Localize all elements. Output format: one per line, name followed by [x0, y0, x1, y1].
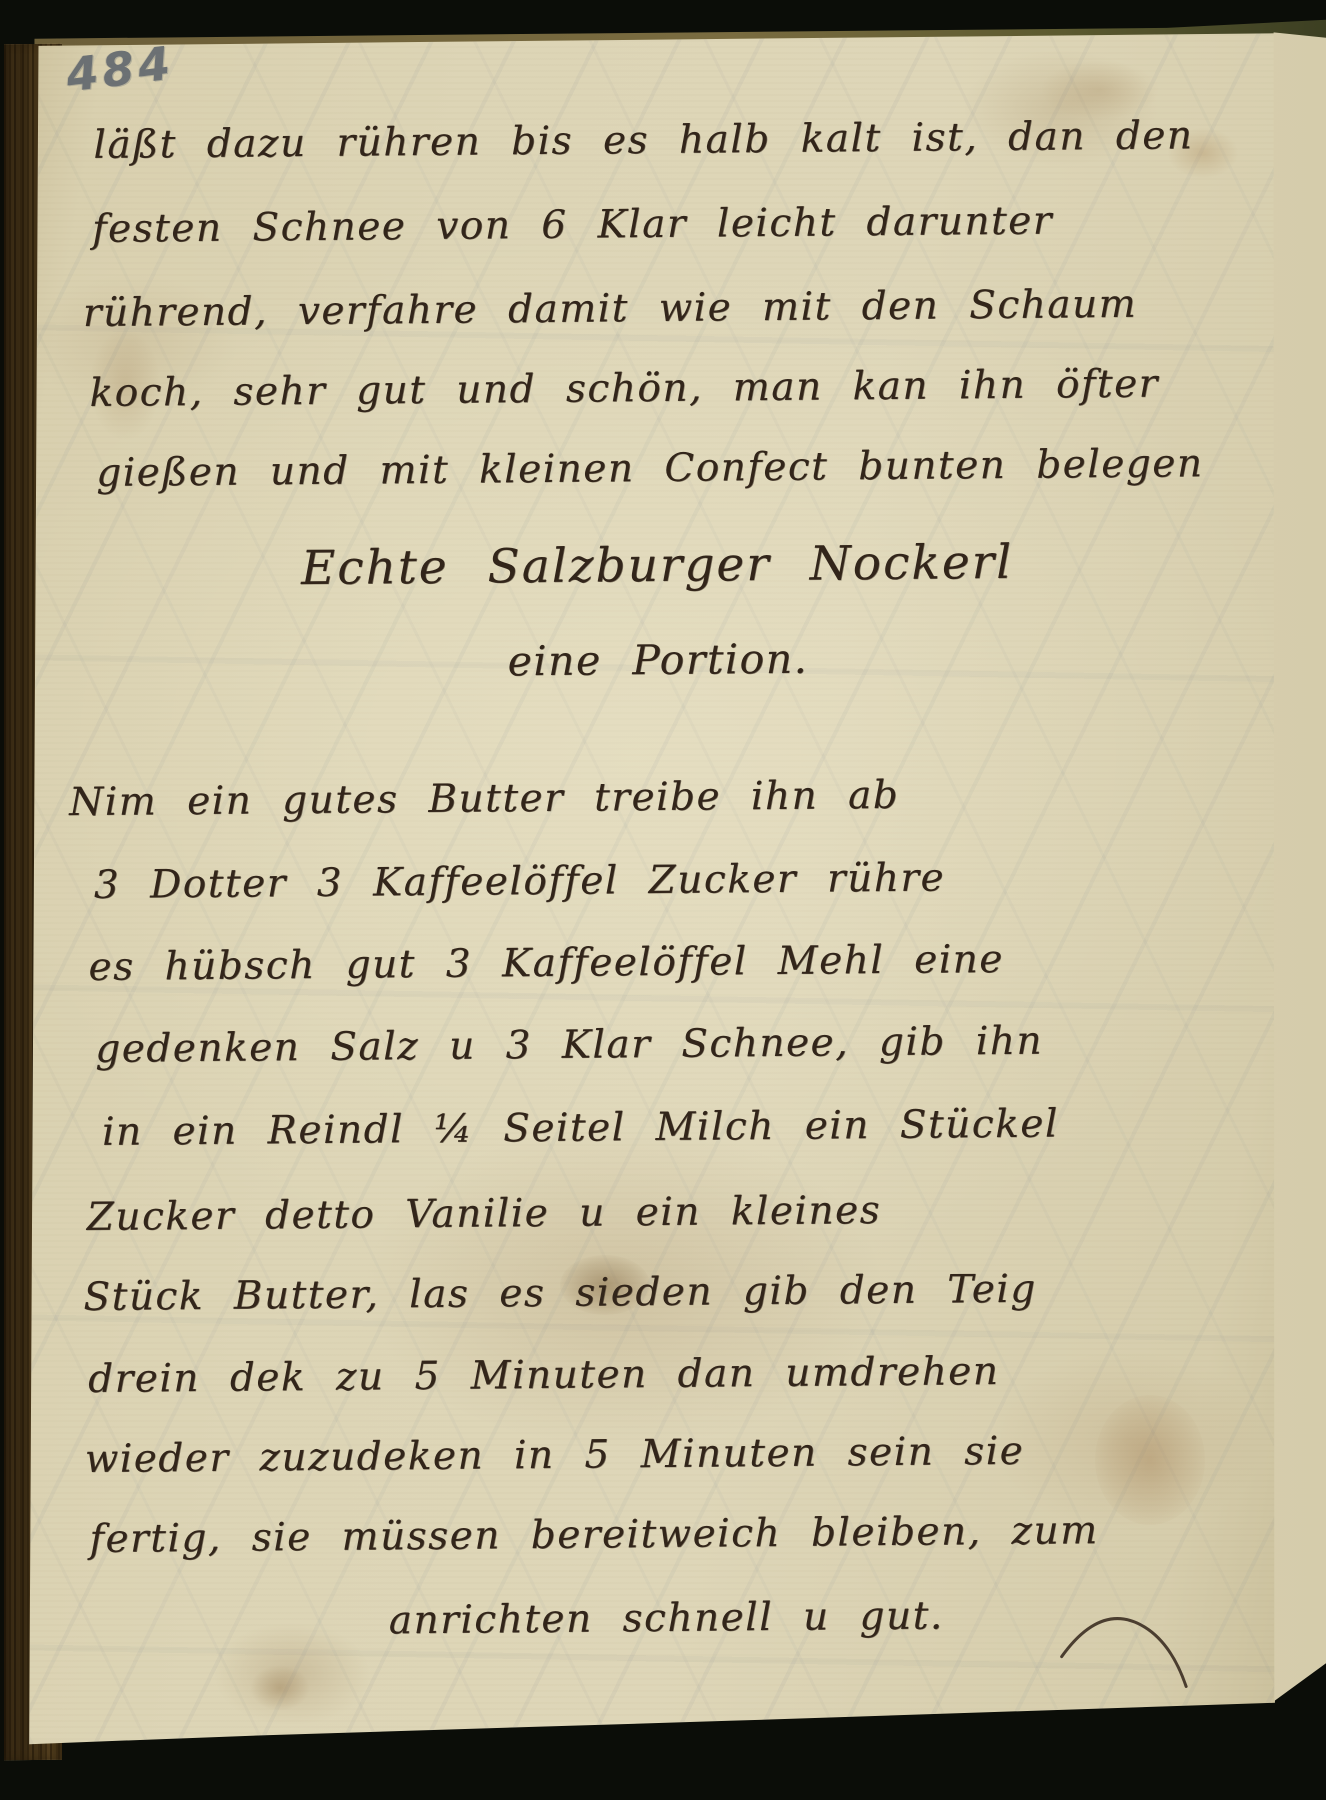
manuscript-line: in ein Reindl ¼ Seitel Milch ein Stückel [102, 1102, 1059, 1155]
manuscript-line: rührend, verfahre damit wie mit den Scha… [83, 282, 1138, 336]
manuscript-line: festen Schnee von 6 Klar leicht darunter [92, 199, 1053, 252]
manuscript-line: koch, sehr gut und schön, man kan ihn öf… [89, 362, 1159, 416]
manuscript-line: es hübsch gut 3 Kaffeelöffel Mehl eine [88, 937, 1004, 990]
manuscript-line: gießen und mit kleinen Confect bunten be… [96, 441, 1204, 496]
manuscript-line: wieder zuzudeken in 5 Minuten sein sie [85, 1429, 1025, 1482]
manuscript-line: läßt dazu rühren bis es halb kalt ist, d… [93, 113, 1193, 168]
manuscript-line: drein dek zu 5 Minuten dan umdrehen [88, 1349, 1000, 1402]
manuscript-line: Stück Butter, las es sieden gib den Teig [83, 1267, 1037, 1320]
manuscript-scan: 484 läßt dazu rühren bis es halb kalt is… [0, 0, 1326, 1800]
manuscript-line: fertig, sie müssen bereitweich bleiben, … [89, 1508, 1098, 1562]
handwritten-text: läßt dazu rühren bis es halb kalt ist, d… [62, 0, 1258, 1800]
manuscript-line: Zucker detto Vanilie u ein kleines [87, 1188, 882, 1240]
recipe-subtitle: eine Portion. [68, 631, 1248, 689]
manuscript-line: Nim ein gutes Butter treibe ihn ab [69, 773, 900, 825]
manuscript-line: gedenken Salz u 3 Klar Schnee, gib ihn [95, 1019, 1043, 1072]
recipe-title: Echte Salzburger Nockerl [67, 533, 1247, 598]
manuscript-line: 3 Dotter 3 Kaffeelöffel Zucker rühre [94, 856, 946, 908]
